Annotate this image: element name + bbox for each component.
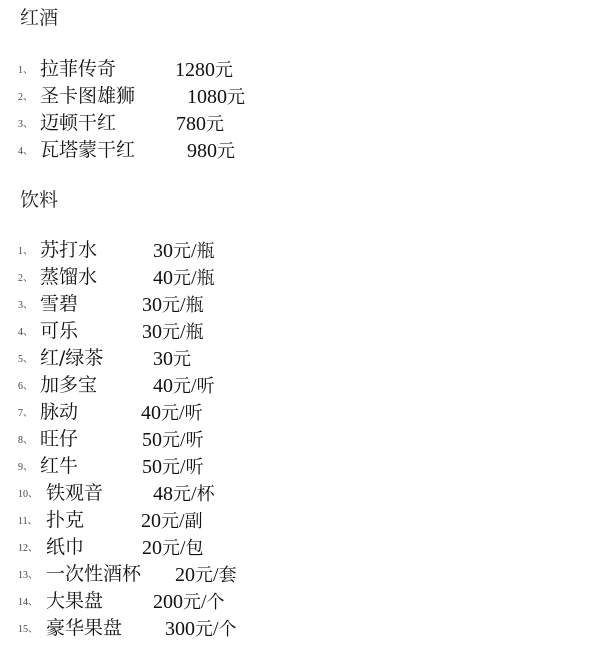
item-price: 1280元 [175, 59, 233, 82]
item-name: 纸巾 [46, 536, 84, 558]
item-name: 旺仔 [40, 428, 78, 450]
item-price: 30元 [153, 348, 191, 371]
item-price: 40元/瓶 [153, 267, 215, 290]
item-number: 5、 [18, 353, 33, 367]
list-item: 2、圣卡图雄狮1080元 [0, 85, 600, 109]
item-price: 20元/副 [141, 510, 203, 533]
item-price: 20元/包 [142, 537, 204, 560]
list-item: 9、红牛50元/听 [0, 455, 600, 479]
item-number: 3、 [18, 299, 33, 313]
item-price: 1080元 [187, 86, 245, 109]
item-number: 4、 [18, 145, 33, 159]
item-name: 铁观音 [46, 482, 103, 504]
item-number: 1、 [18, 64, 33, 78]
item-price: 30元/瓶 [142, 294, 204, 317]
item-name: 迈顿干红 [40, 112, 116, 134]
item-name: 蒸馏水 [40, 266, 97, 288]
list-item: 13、一次性酒杯20元/套 [0, 563, 600, 587]
list-item: 15、豪华果盘300元/个 [0, 617, 600, 641]
item-name: 大果盘 [46, 590, 103, 612]
item-name: 一次性酒杯 [46, 563, 141, 585]
item-price: 780元 [176, 113, 224, 136]
item-number: 2、 [18, 91, 33, 105]
item-price: 30元/瓶 [153, 240, 215, 263]
item-number: 15、 [18, 623, 38, 637]
list-item: 1、拉菲传奇1280元 [0, 58, 600, 82]
list-item: 2、蒸馏水40元/瓶 [0, 266, 600, 290]
item-name: 苏打水 [40, 239, 97, 261]
item-name: 扑克 [46, 509, 84, 531]
section-title-red-wine: 红酒 [20, 7, 58, 29]
item-name: 雪碧 [40, 293, 78, 315]
list-item: 14、大果盘200元/个 [0, 590, 600, 614]
item-number: 7、 [18, 407, 33, 421]
item-price: 980元 [187, 140, 235, 163]
item-number: 9、 [18, 461, 33, 475]
item-number: 14、 [18, 596, 38, 610]
item-name: 红牛 [40, 455, 78, 477]
item-price: 50元/听 [142, 456, 204, 479]
item-number: 12、 [18, 542, 38, 556]
item-price: 30元/瓶 [142, 321, 204, 344]
item-price: 50元/听 [142, 429, 204, 452]
item-price: 200元/个 [153, 591, 225, 614]
item-name: 瓦塔蒙干红 [40, 139, 135, 161]
item-price: 20元/套 [175, 564, 237, 587]
list-item: 8、旺仔50元/听 [0, 428, 600, 452]
item-price: 300元/个 [165, 618, 237, 641]
list-item: 12、纸巾20元/包 [0, 536, 600, 560]
item-number: 11、 [18, 515, 38, 529]
list-item: 3、迈顿干红780元 [0, 112, 600, 136]
list-item: 7、脉动40元/听 [0, 401, 600, 425]
list-item: 11、扑克20元/副 [0, 509, 600, 533]
item-number: 3、 [18, 118, 33, 132]
item-price: 48元/杯 [153, 483, 215, 506]
item-name: 加多宝 [40, 374, 97, 396]
item-name: 豪华果盘 [46, 617, 122, 639]
item-name: 脉动 [40, 401, 78, 423]
item-name: 拉菲传奇 [40, 58, 116, 80]
item-number: 8、 [18, 434, 33, 448]
item-number: 13、 [18, 569, 38, 583]
list-item: 3、雪碧30元/瓶 [0, 293, 600, 317]
item-name: 可乐 [40, 320, 78, 342]
item-number: 2、 [18, 272, 33, 286]
list-item: 4、瓦塔蒙干红980元 [0, 139, 600, 163]
item-number: 4、 [18, 326, 33, 340]
item-name: 红/绿茶 [40, 347, 103, 369]
item-price: 40元/听 [153, 375, 215, 398]
list-item: 4、可乐30元/瓶 [0, 320, 600, 344]
item-price: 40元/听 [141, 402, 203, 425]
item-number: 1、 [18, 245, 33, 259]
item-name: 圣卡图雄狮 [40, 85, 135, 107]
list-item: 6、加多宝40元/听 [0, 374, 600, 398]
item-number: 6、 [18, 380, 33, 394]
item-number: 10、 [18, 488, 38, 502]
list-item: 5、红/绿茶30元 [0, 347, 600, 371]
section-title-drinks: 饮料 [20, 189, 58, 211]
list-item: 10、铁观音48元/杯 [0, 482, 600, 506]
list-item: 1、苏打水30元/瓶 [0, 239, 600, 263]
